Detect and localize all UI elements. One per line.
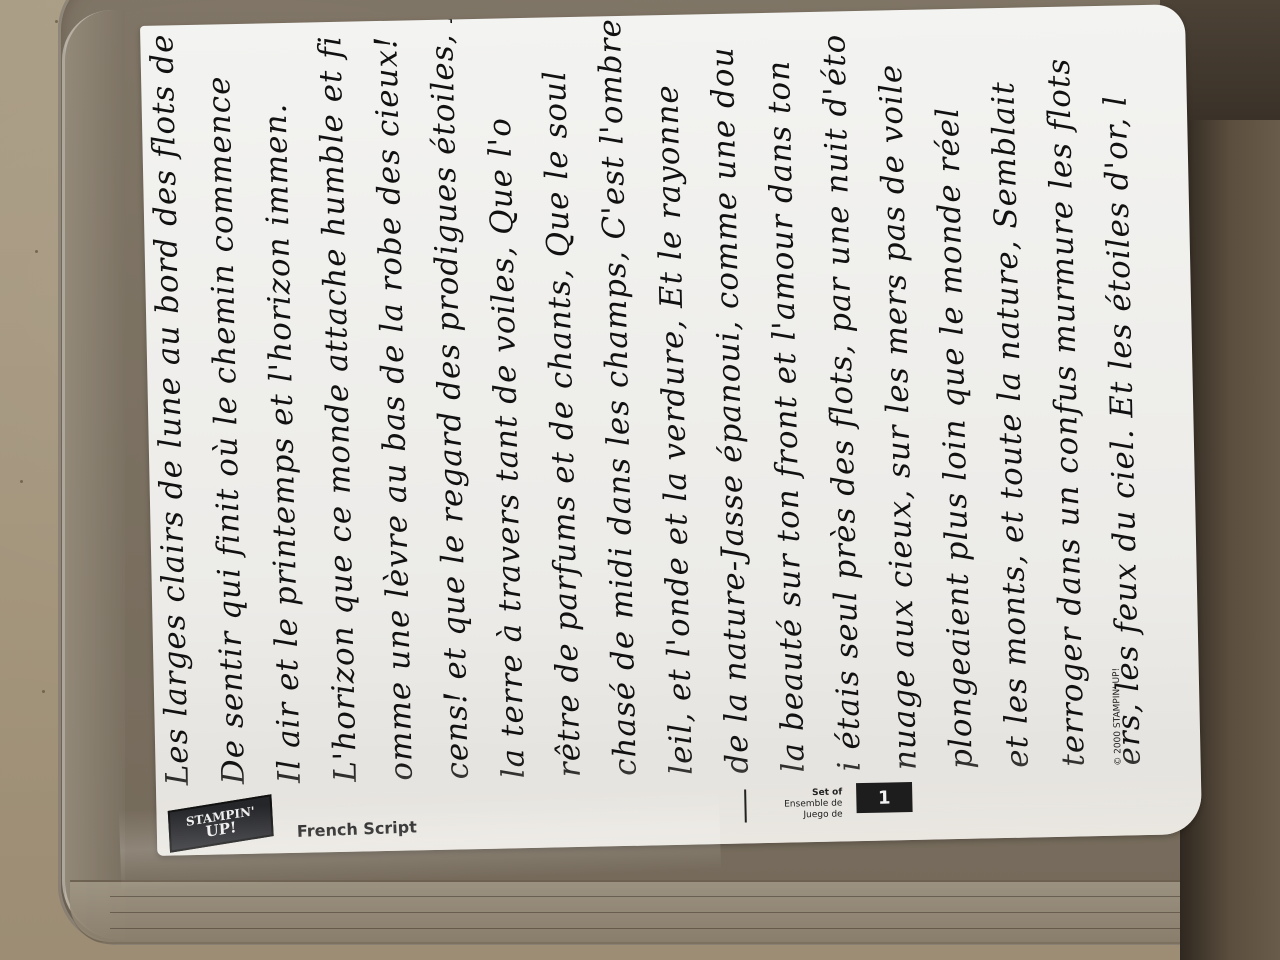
script-line: terroger dans un confus murmure les flot… bbox=[1040, 6, 1092, 767]
script-line: rêtre de parfums et de chants, Que le so… bbox=[536, 17, 588, 778]
script-line: la beauté sur ton front et l'amour dans … bbox=[760, 12, 812, 773]
script-line: De sentir qui finit où le chemin commenc… bbox=[200, 24, 252, 785]
script-line: i étais seul près des flots, par une nui… bbox=[816, 11, 868, 772]
set-count-badge: 1 bbox=[856, 782, 913, 813]
cardboard-speck bbox=[20, 480, 23, 483]
cardboard-speck bbox=[42, 690, 45, 693]
stamp-card: Les larges clairs de lune au bord des fl… bbox=[140, 4, 1202, 856]
stampin-up-logo: STAMPIN' UP! bbox=[168, 794, 274, 853]
product-name: French Script bbox=[297, 817, 418, 841]
case-groove bbox=[110, 896, 1280, 897]
set-label-es: Juego de bbox=[753, 809, 843, 822]
copyright-text: © 2000 STAMPIN' UP! bbox=[1112, 668, 1124, 766]
case-rim-bottom bbox=[70, 880, 1280, 944]
case-groove bbox=[110, 912, 1280, 913]
set-label: Set of Ensemble de Juego de bbox=[744, 787, 843, 822]
script-line: leil, et l'onde et la verdure, Et le ray… bbox=[648, 15, 700, 776]
script-line: et les monts, et toute la nature, Sembla… bbox=[984, 8, 1036, 769]
script-line: omme une lèvre au bas de la robe des cie… bbox=[368, 20, 420, 781]
script-line: Il air et le printemps et l'horizon imme… bbox=[256, 23, 308, 784]
script-line: chasé de midi dans les champs, C'est l'o… bbox=[592, 16, 644, 777]
french-script-text: Les larges clairs de lune au bord des fl… bbox=[150, 4, 1186, 785]
script-line: L'horizon que ce monde attache humble et… bbox=[312, 22, 364, 783]
script-line: plongeaient plus loin que le monde réel bbox=[928, 9, 980, 770]
photo-scene: Les larges clairs de lune au bord des fl… bbox=[0, 0, 1280, 960]
cardboard-speck bbox=[35, 250, 38, 253]
case-rim-left bbox=[62, 10, 125, 940]
script-line: ers, les feux du ciel. Et les étoiles d'… bbox=[1096, 5, 1148, 766]
script-line: de la nature-Jasse épanoui, comme une do… bbox=[704, 13, 756, 774]
script-line: nuage aux cieux, sur les mers pas de voi… bbox=[872, 10, 924, 771]
case-groove bbox=[110, 928, 1280, 929]
script-line: cens! et que le regard des prodigues éto… bbox=[424, 19, 476, 780]
script-line: la terre à travers tant de voiles, Que l… bbox=[480, 18, 532, 779]
